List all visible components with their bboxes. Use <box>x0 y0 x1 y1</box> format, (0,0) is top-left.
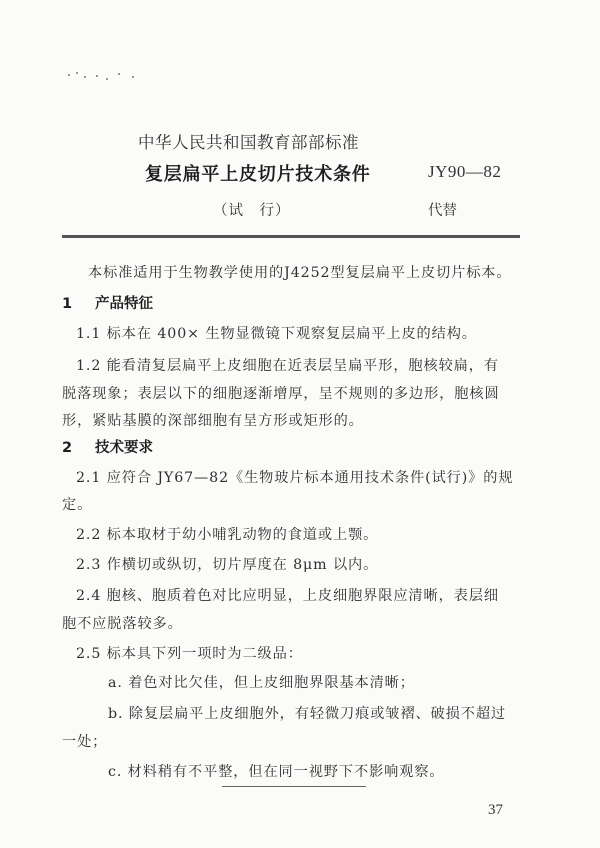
header-divider <box>62 235 520 238</box>
page-number: 37 <box>488 802 503 819</box>
clause-1-2-line3: 形，紧贴基膜的深部细胞有呈方形或矩形的。 <box>62 410 364 430</box>
clause-1-2-line1: 1.2 能看清复层扁平上皮细胞在近表层呈扁平形，胞核较扁，有 <box>76 355 499 375</box>
ink-stamp-marks <box>66 70 146 82</box>
section-title: 产品特征 <box>95 296 153 312</box>
replaces-label: 代替 <box>428 199 457 220</box>
issuer-heading: 中华人民共和国教育部部标准 <box>138 129 359 153</box>
clause-1-1: 1.1 标本在 400× 生物显微镜下观察复层扁平上皮的结构。 <box>76 323 477 343</box>
section-heading-2: 2技术要求 <box>62 436 153 457</box>
section-number: 1 <box>62 296 95 312</box>
section-title: 技术要求 <box>95 440 153 456</box>
end-divider <box>222 786 366 787</box>
intro-paragraph: 本标准适用于生物教学使用的J4252型复层扁平上皮切片标本。 <box>88 262 511 282</box>
clause-2-5-b-line2: 一处； <box>62 731 107 751</box>
clause-2-1-line2: 定。 <box>62 494 92 514</box>
clause-1-2-line2: 脱落现象；表层以下的细胞逐渐增厚，呈不规则的多边形，胞核圆 <box>62 383 500 403</box>
section-heading-1: 1产品特征 <box>62 292 153 313</box>
document-title: 复层扁平上皮切片技术条件 <box>145 160 371 186</box>
section-number: 2 <box>62 440 95 456</box>
clause-2-5-b-line1: b. 除复层扁平上皮细胞外，有轻微刀痕或皱褶、破损不超过 <box>108 703 506 723</box>
trial-note: （试 行） <box>213 199 291 220</box>
clause-2-1-line1: 2.1 应符合 JY67—82《生物玻片标本通用技术条件(试行)》的规 <box>76 467 513 487</box>
clause-2-3: 2.3 作横切或纵切，切片厚度在 8μm 以内。 <box>76 554 378 574</box>
clause-2-5-c: c. 材料稍有不平整，但在同一视野下不影响观察。 <box>108 761 445 781</box>
clause-2-4-line1: 2.4 胞核、胞质着色对比应明显，上皮细胞界限应清晰，表层细 <box>76 585 499 605</box>
clause-2-5-a: a. 着色对比欠佳，但上皮细胞界限基本清晰； <box>108 672 415 692</box>
standard-code: JY90—82 <box>428 162 501 182</box>
clause-2-2: 2.2 标本取材于幼小哺乳动物的食道或上颚。 <box>76 524 378 544</box>
clause-2-5: 2.5 标本具下列一项时为二级品： <box>76 643 303 663</box>
clause-2-4-line2: 胞不应脱落较多。 <box>62 613 183 633</box>
